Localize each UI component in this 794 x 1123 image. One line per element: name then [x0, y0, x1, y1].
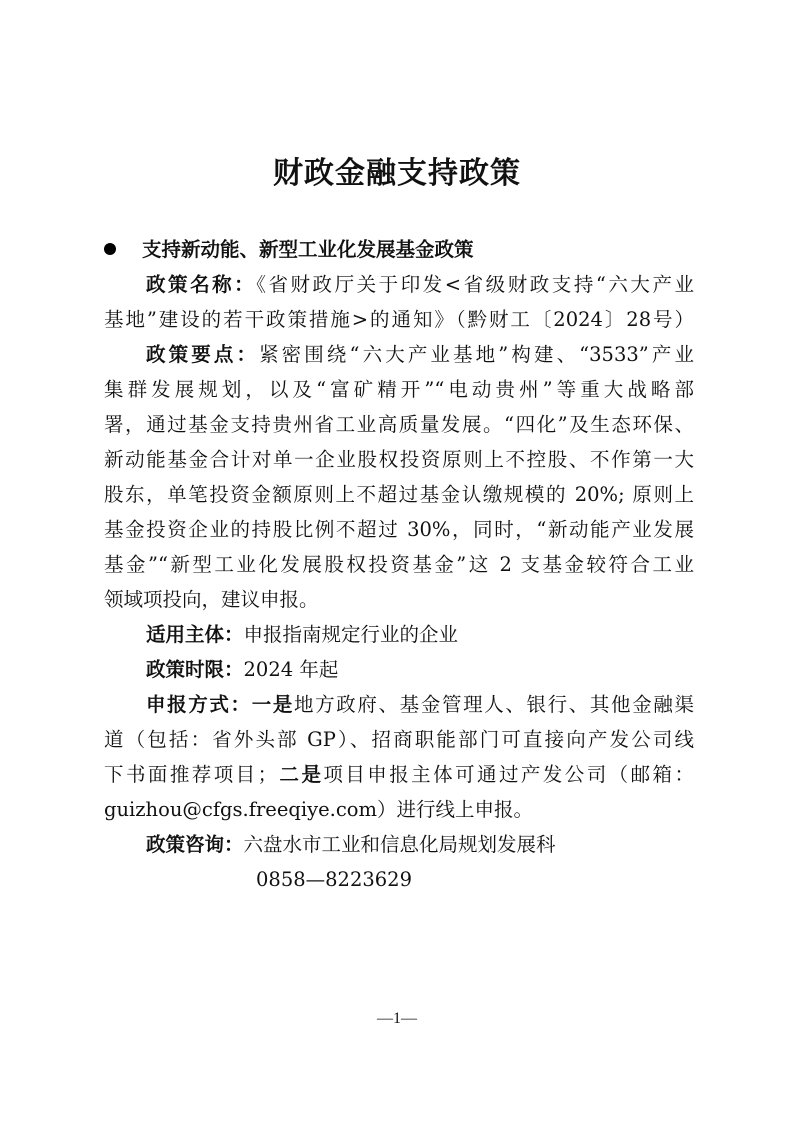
document-body: 支持新动能、新型工业化发展基金政策 政策名称：《省财政厅关于印发<省级财政支持“… [104, 232, 694, 897]
policy-points-label: 政策要点： [146, 343, 259, 366]
policy-points-line-5: 股东，单笔投资金额原则上不超过基金认缴规模的 20%; 原则上 [104, 477, 694, 512]
application-method-text-3a: 下书面推荐项目； [104, 763, 277, 786]
section-heading: 支持新动能、新型工业化发展基金政策 [104, 232, 694, 267]
applicable-subject-line: 适用主体：申报指南规定行业的企业 [104, 617, 694, 652]
policy-period-label: 政策时限： [146, 658, 244, 681]
policy-name-label: 政策名称： [146, 273, 256, 296]
applicable-subject-value: 申报指南规定行业的企业 [244, 623, 459, 646]
application-method-label: 申报方式： [146, 693, 252, 716]
application-method-line-3: 下书面推荐项目；二是项目申报主体可通过产发公司（邮箱： [104, 757, 694, 792]
second-method-marker: 二是 [277, 763, 323, 786]
applicable-subject-label: 适用主体： [146, 623, 244, 646]
consultation-label: 政策咨询： [146, 833, 244, 856]
policy-period-line: 政策时限：2024 年起 [104, 652, 694, 687]
consultation-phone: 0858—8223629 [104, 862, 694, 897]
policy-points-line-8: 领域项投向，建议申报。 [104, 582, 694, 617]
policy-name-line-1: 政策名称：《省财政厅关于印发<省级财政支持“六大产业 [104, 267, 694, 302]
application-method-line-4: guizhou@cfgs.freeqiye.com）进行线上申报。 [104, 792, 694, 827]
policy-points-line-4: 新动能基金合计对单一企业股权投资原则上不控股、不作第一大 [104, 442, 694, 477]
bullet-icon [104, 243, 116, 255]
policy-points-line-2: 集群发展规划，以及“富矿精开”“电动贵州”等重大战略部 [104, 372, 694, 407]
policy-points-line-7: 基金”“新型工业化发展股权投资基金”这 2 支基金较符合工业 [104, 547, 694, 582]
policy-points-line-1: 政策要点：紧密围绕“六大产业基地”构建、“3533”产业 [104, 337, 694, 372]
consultation-department: 六盘水市工业和信息化局规划发展科 [244, 833, 556, 856]
application-method-text-1: 地方政府、基金管理人、银行、其他金融渠 [294, 693, 694, 716]
policy-period-value: 2024 年起 [244, 658, 339, 681]
page-title: 财政金融支持政策 [0, 148, 794, 192]
application-method-line-1: 申报方式：一是地方政府、基金管理人、银行、其他金融渠 [104, 687, 694, 722]
policy-name-text-1: 《省财政厅关于印发<省级财政支持“六大产业 [256, 273, 694, 296]
application-method-text-3b: 项目申报主体可通过产发公司（邮箱： [323, 763, 694, 786]
consultation-line: 政策咨询：六盘水市工业和信息化局规划发展科 [104, 827, 694, 862]
first-method-marker: 一是 [252, 693, 294, 716]
application-method-line-2: 道（包括：省外头部 GP）、招商职能部门可直接向产发公司线 [104, 722, 694, 757]
page-number: —1— [0, 1010, 794, 1028]
policy-points-text-1: 紧密围绕“六大产业基地”构建、“3533”产业 [259, 343, 694, 366]
section-heading-text: 支持新动能、新型工业化发展基金政策 [142, 238, 474, 261]
policy-points-line-6: 基金投资企业的持股比例不超过 30%，同时，“新动能产业发展 [104, 512, 694, 547]
policy-points-line-3: 署，通过基金支持贵州省工业高质量发展。“四化”及生态环保、 [104, 407, 694, 442]
policy-name-line-2: 基地”建设的若干政策措施>的通知》（黔财工〔2024〕28号） [104, 302, 694, 337]
